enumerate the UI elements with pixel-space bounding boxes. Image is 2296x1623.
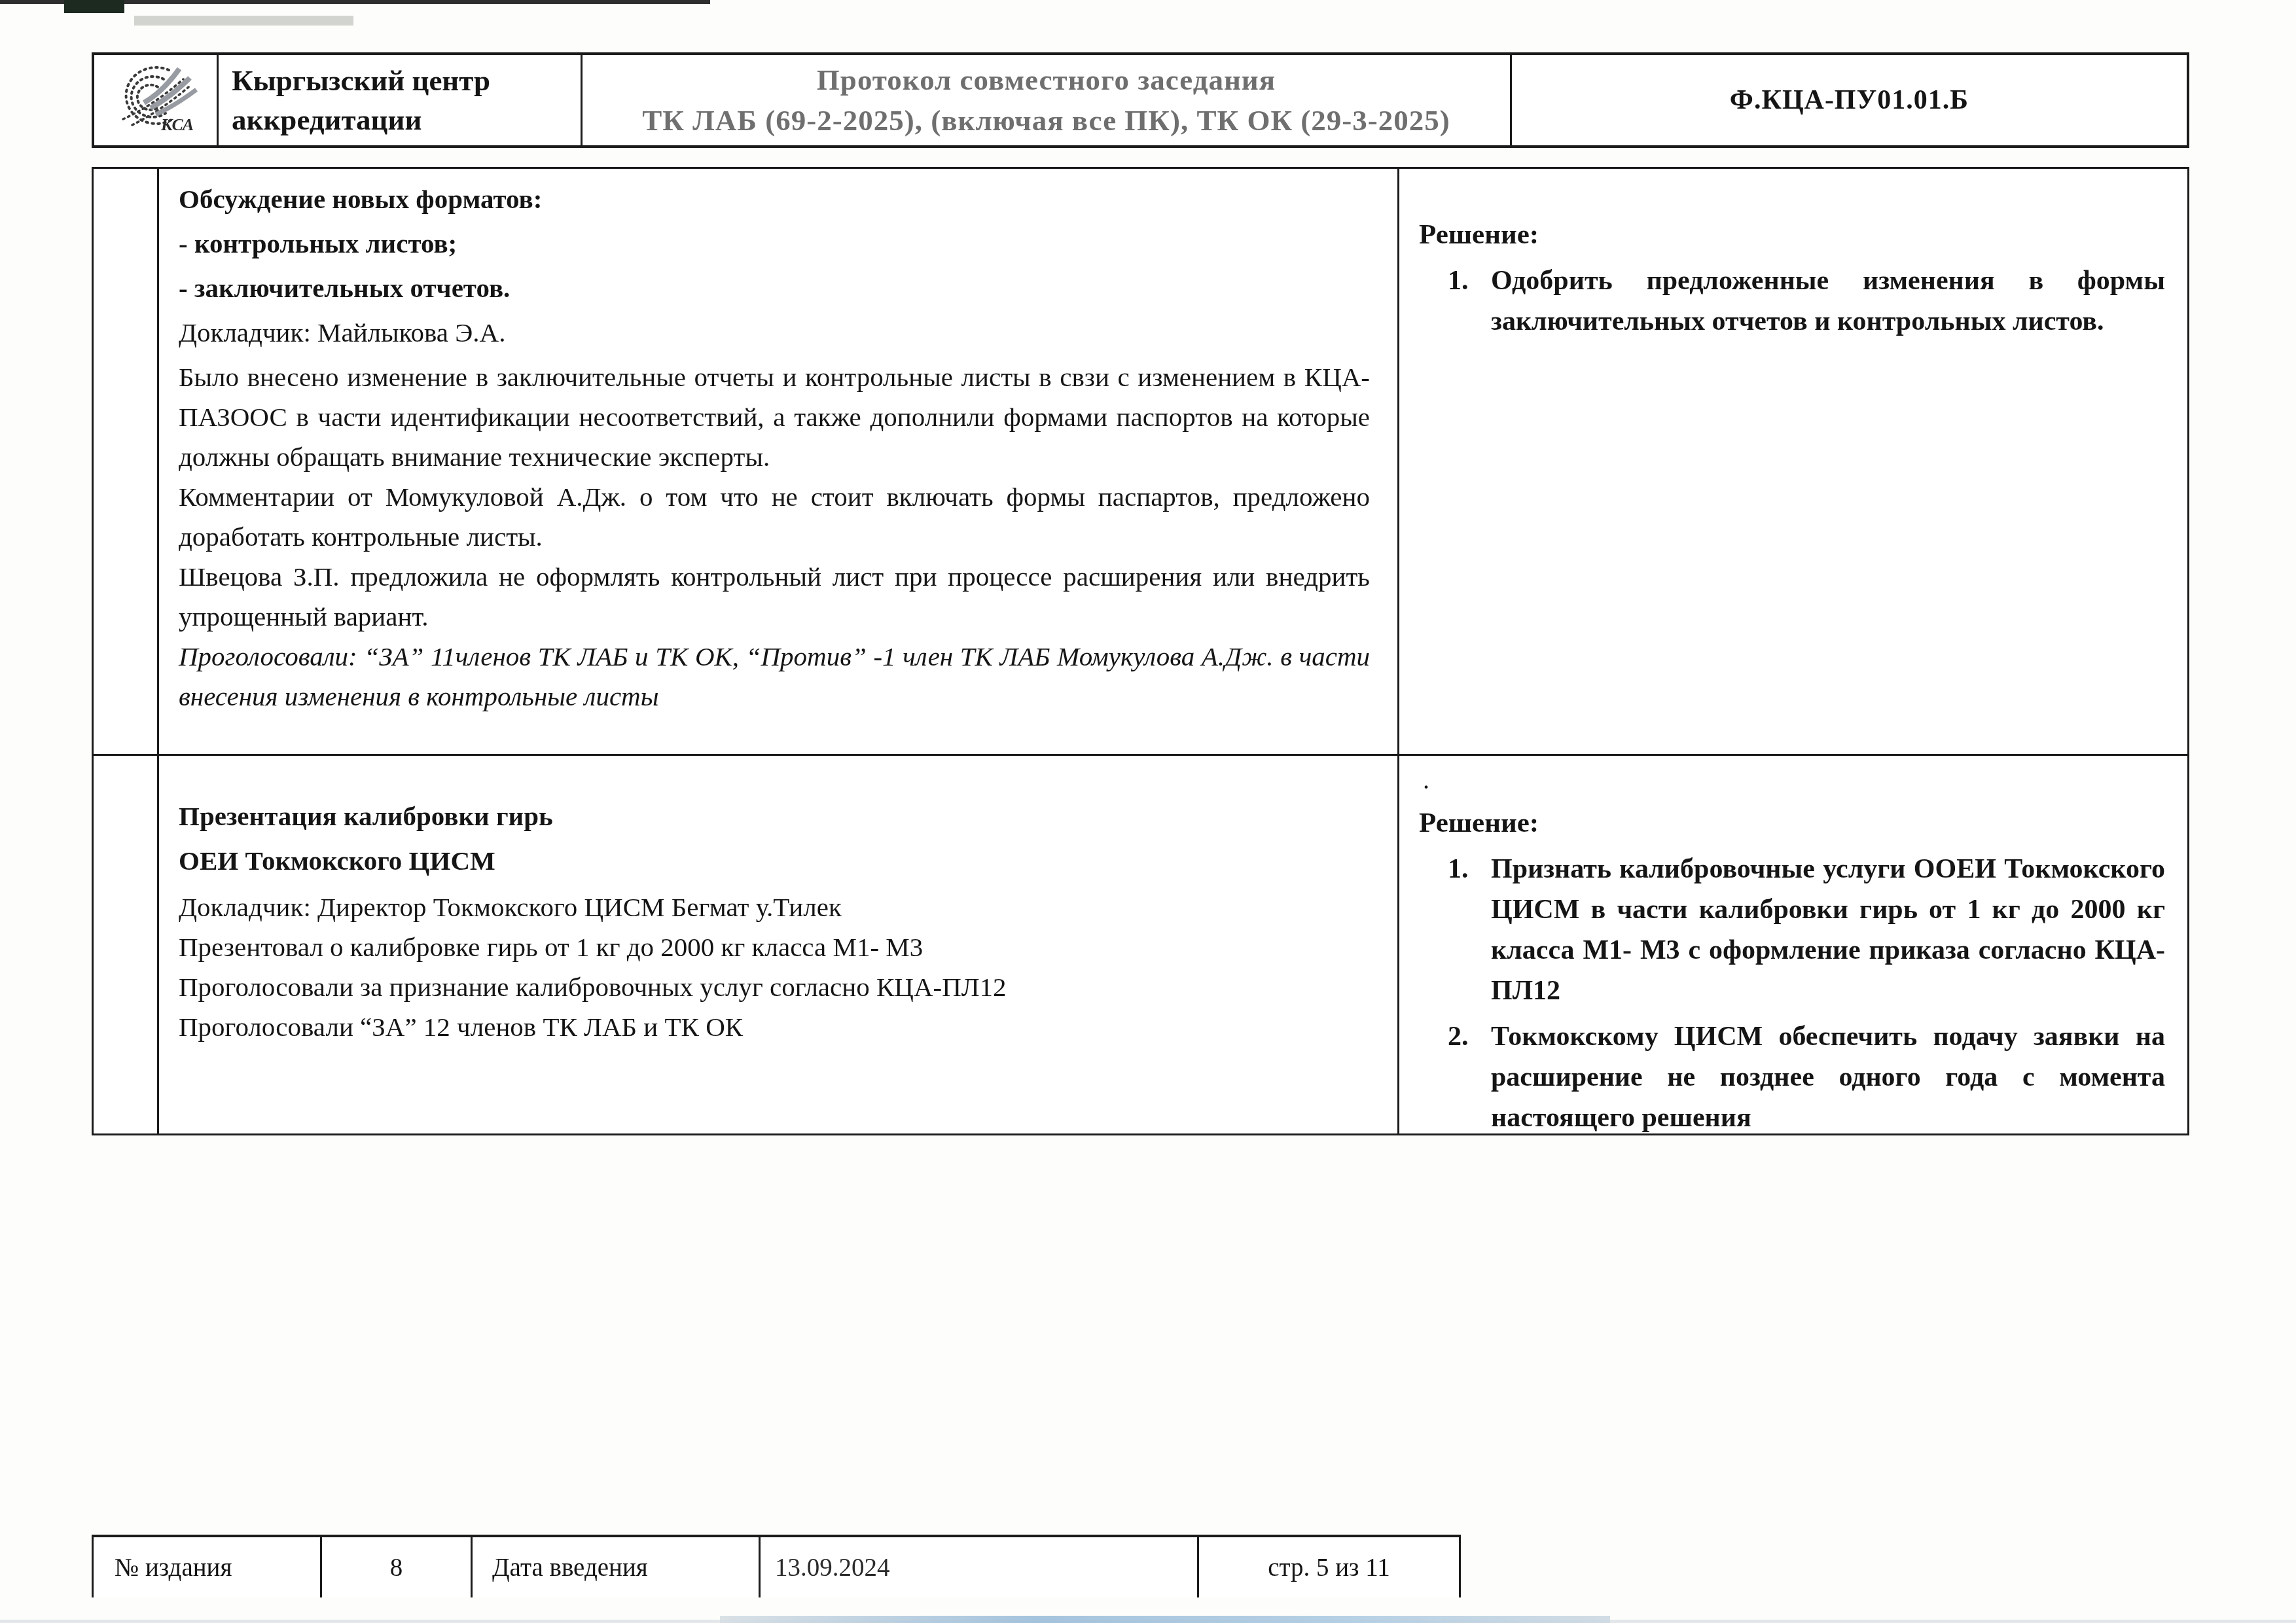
topic-heading: Обсуждение новых форматов: — [179, 179, 1370, 219]
introduction-date-label: Дата введения — [473, 1537, 761, 1597]
topic-paragraph: Было внесено изменение в заключительные … — [179, 357, 1370, 477]
topic-bullet-2: - заключительных отчетов. — [179, 268, 1370, 308]
document-title-line1: Протокол совместного заседания — [817, 60, 1276, 100]
topic-speaker: Докладчик: Директор Токмокского ЦИСМ Бег… — [179, 887, 1370, 927]
document-title-line2: ТК ЛАБ (69-2-2025), (включая все ПК), ТК… — [642, 100, 1450, 141]
topic-bullet-1: - контрольных листов; — [179, 224, 1370, 264]
scan-artifact-bottom-blue-strip — [720, 1616, 1610, 1623]
topic-speaker: Докладчик: Майлыкова Э.А. — [179, 313, 1370, 353]
decision-item-text: Токмокскому ЦИСМ обеспечить подачу заявк… — [1491, 1016, 2165, 1138]
scan-artifact-top-mark — [64, 0, 124, 13]
row1-topic-cell: Обсуждение новых форматов: - контрольных… — [159, 169, 1399, 754]
row1-number-cell — [94, 169, 159, 754]
table-row-1: Обсуждение новых форматов: - контрольных… — [94, 169, 2187, 756]
topic-paragraph: Швецова З.П. предложила не оформлять кон… — [179, 557, 1370, 637]
introduction-date-value: 13.09.2024 — [761, 1537, 1199, 1597]
row1-decision-cell: Решение: 1. Одобрить предложенные измене… — [1399, 169, 2187, 754]
document-code: Ф.КЦА-ПУ01.01.Б — [1512, 55, 2187, 145]
decision-item-number: 1. — [1448, 849, 1491, 1011]
document-header-table: КСА Кыргызский центр аккредитации Проток… — [92, 52, 2189, 148]
agenda-table: Обсуждение новых форматов: - контрольных… — [92, 167, 2189, 1135]
decision-label: Решение: — [1419, 803, 2165, 844]
topic-subheading: ОЕИ Токмокского ЦИСМ — [179, 841, 1370, 881]
document-footer-table: № издания 8 Дата введения 13.09.2024 стр… — [92, 1535, 1461, 1597]
page-number-info: стр. 5 из 11 — [1199, 1537, 1461, 1597]
org-name-line2: аккредитации — [232, 100, 581, 139]
document-title: Протокол совместного заседания ТК ЛАБ (6… — [583, 55, 1512, 145]
edition-number-label: № издания — [92, 1537, 322, 1597]
org-name: Кыргызский центр аккредитации — [219, 55, 583, 145]
scan-artifact-top-streak — [134, 16, 353, 26]
row2-topic-cell: Презентация калибровки гирь ОЕИ Токмокск… — [159, 756, 1399, 1133]
table-row-2: Презентация калибровки гирь ОЕИ Токмокск… — [94, 756, 2187, 1133]
decision-item-number: 1. — [1448, 260, 1491, 342]
decision-item-number: 2. — [1448, 1016, 1491, 1138]
decision-item: 1. Признать калибровочные услуги ООЕИ То… — [1419, 849, 2165, 1011]
scanned-protocol-page: КСА Кыргызский центр аккредитации Проток… — [0, 0, 2296, 1623]
row2-decision-cell: . Решение: 1. Признать калибровочные усл… — [1399, 756, 2187, 1133]
kca-logo-icon: КСА — [103, 57, 208, 144]
decision-item: 1. Одобрить предложенные изменения в фор… — [1419, 260, 2165, 342]
decision-item-text: Одобрить предложенные изменения в формы … — [1491, 260, 2165, 342]
topic-vote-result: Проголосовали “ЗА” 12 членов ТК ЛАБ и ТК… — [179, 1007, 1370, 1047]
topic-paragraph: Комментарии от Момукуловой А.Дж. о том ч… — [179, 477, 1370, 557]
decision-item: 2. Токмокскому ЦИСМ обеспечить подачу за… — [1419, 1016, 2165, 1138]
topic-vote-result: Проголосовали: “ЗА” 11членов ТК ЛАБ и ТК… — [179, 637, 1370, 717]
topic-heading: Презентация калибровки гирь — [179, 796, 1370, 836]
svg-text:КСА: КСА — [160, 115, 194, 134]
edition-number-value: 8 — [322, 1537, 473, 1597]
stray-dot-mark: . — [1423, 766, 2165, 794]
decision-label: Решение: — [1419, 215, 2165, 255]
decision-item-text: Признать калибровочные услуги ООЕИ Токмо… — [1491, 849, 2165, 1011]
topic-paragraph: Проголосовали за признание калибровочных… — [179, 967, 1370, 1007]
logo-cell: КСА — [94, 55, 219, 145]
org-name-line1: Кыргызский центр — [232, 61, 581, 100]
topic-paragraph: Презентовал о калибровке гирь от 1 кг до… — [179, 927, 1370, 967]
row2-number-cell — [94, 756, 159, 1133]
